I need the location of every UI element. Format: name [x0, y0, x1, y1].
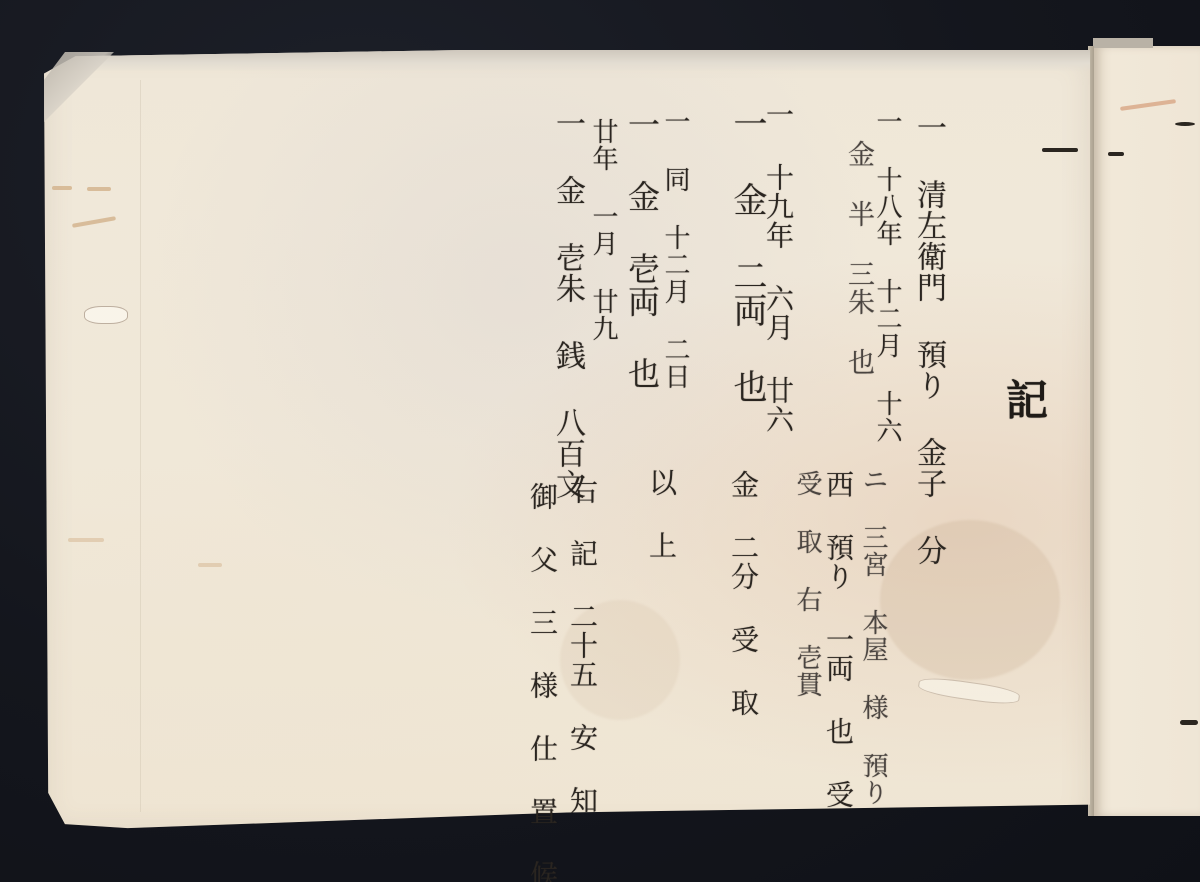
ledger-column: 西 預り 一両 也 受: [822, 470, 854, 809]
ink-mark: [1175, 122, 1195, 126]
binding-hole-mark: [198, 563, 222, 567]
paper-stain: [880, 520, 1060, 680]
worm-damage: [84, 306, 128, 324]
ledger-column: 御 父 三 様 仕 置 候: [526, 482, 559, 882]
ledger-column: 右 記 二十五 安 知: [566, 476, 598, 815]
ink-mark: [1180, 720, 1198, 725]
document-heading: 記: [994, 378, 1054, 420]
ledger-column: 廿年 一月 廿九: [588, 118, 618, 342]
ledger-column: 一 金 壱両 也: [624, 108, 660, 390]
ledger-column: 一 同 十二月 二日: [660, 108, 690, 390]
ledger-column: 金 半 三朱 也: [843, 140, 873, 376]
binding-hole-mark: [52, 186, 72, 190]
ledger-column: 一 清左衛門 預り 金子 分: [910, 112, 946, 566]
ledger-column: 以 上: [644, 468, 678, 560]
binding-hole-mark: [87, 187, 111, 191]
ledger-column: 一 金 壱朱 銭 八百文: [550, 108, 584, 500]
binding-hole-mark: [68, 538, 104, 542]
right-page-edge: [1093, 46, 1200, 816]
ink-mark: [1108, 152, 1124, 156]
ledger-column: 一 金 二両 也: [728, 106, 766, 404]
ledger-column: ニ 三宮 本屋 様 預り: [858, 466, 888, 806]
page-stack-edge: [1093, 38, 1153, 48]
ink-mark: [1042, 148, 1078, 152]
ledger-column: 金 二分 受 取: [726, 470, 760, 717]
page-fold-line: [140, 80, 141, 812]
ledger-column: 受 取 右 壱貫: [792, 470, 822, 698]
ledger-column: 一 十八年 十二月 十六: [872, 108, 902, 444]
